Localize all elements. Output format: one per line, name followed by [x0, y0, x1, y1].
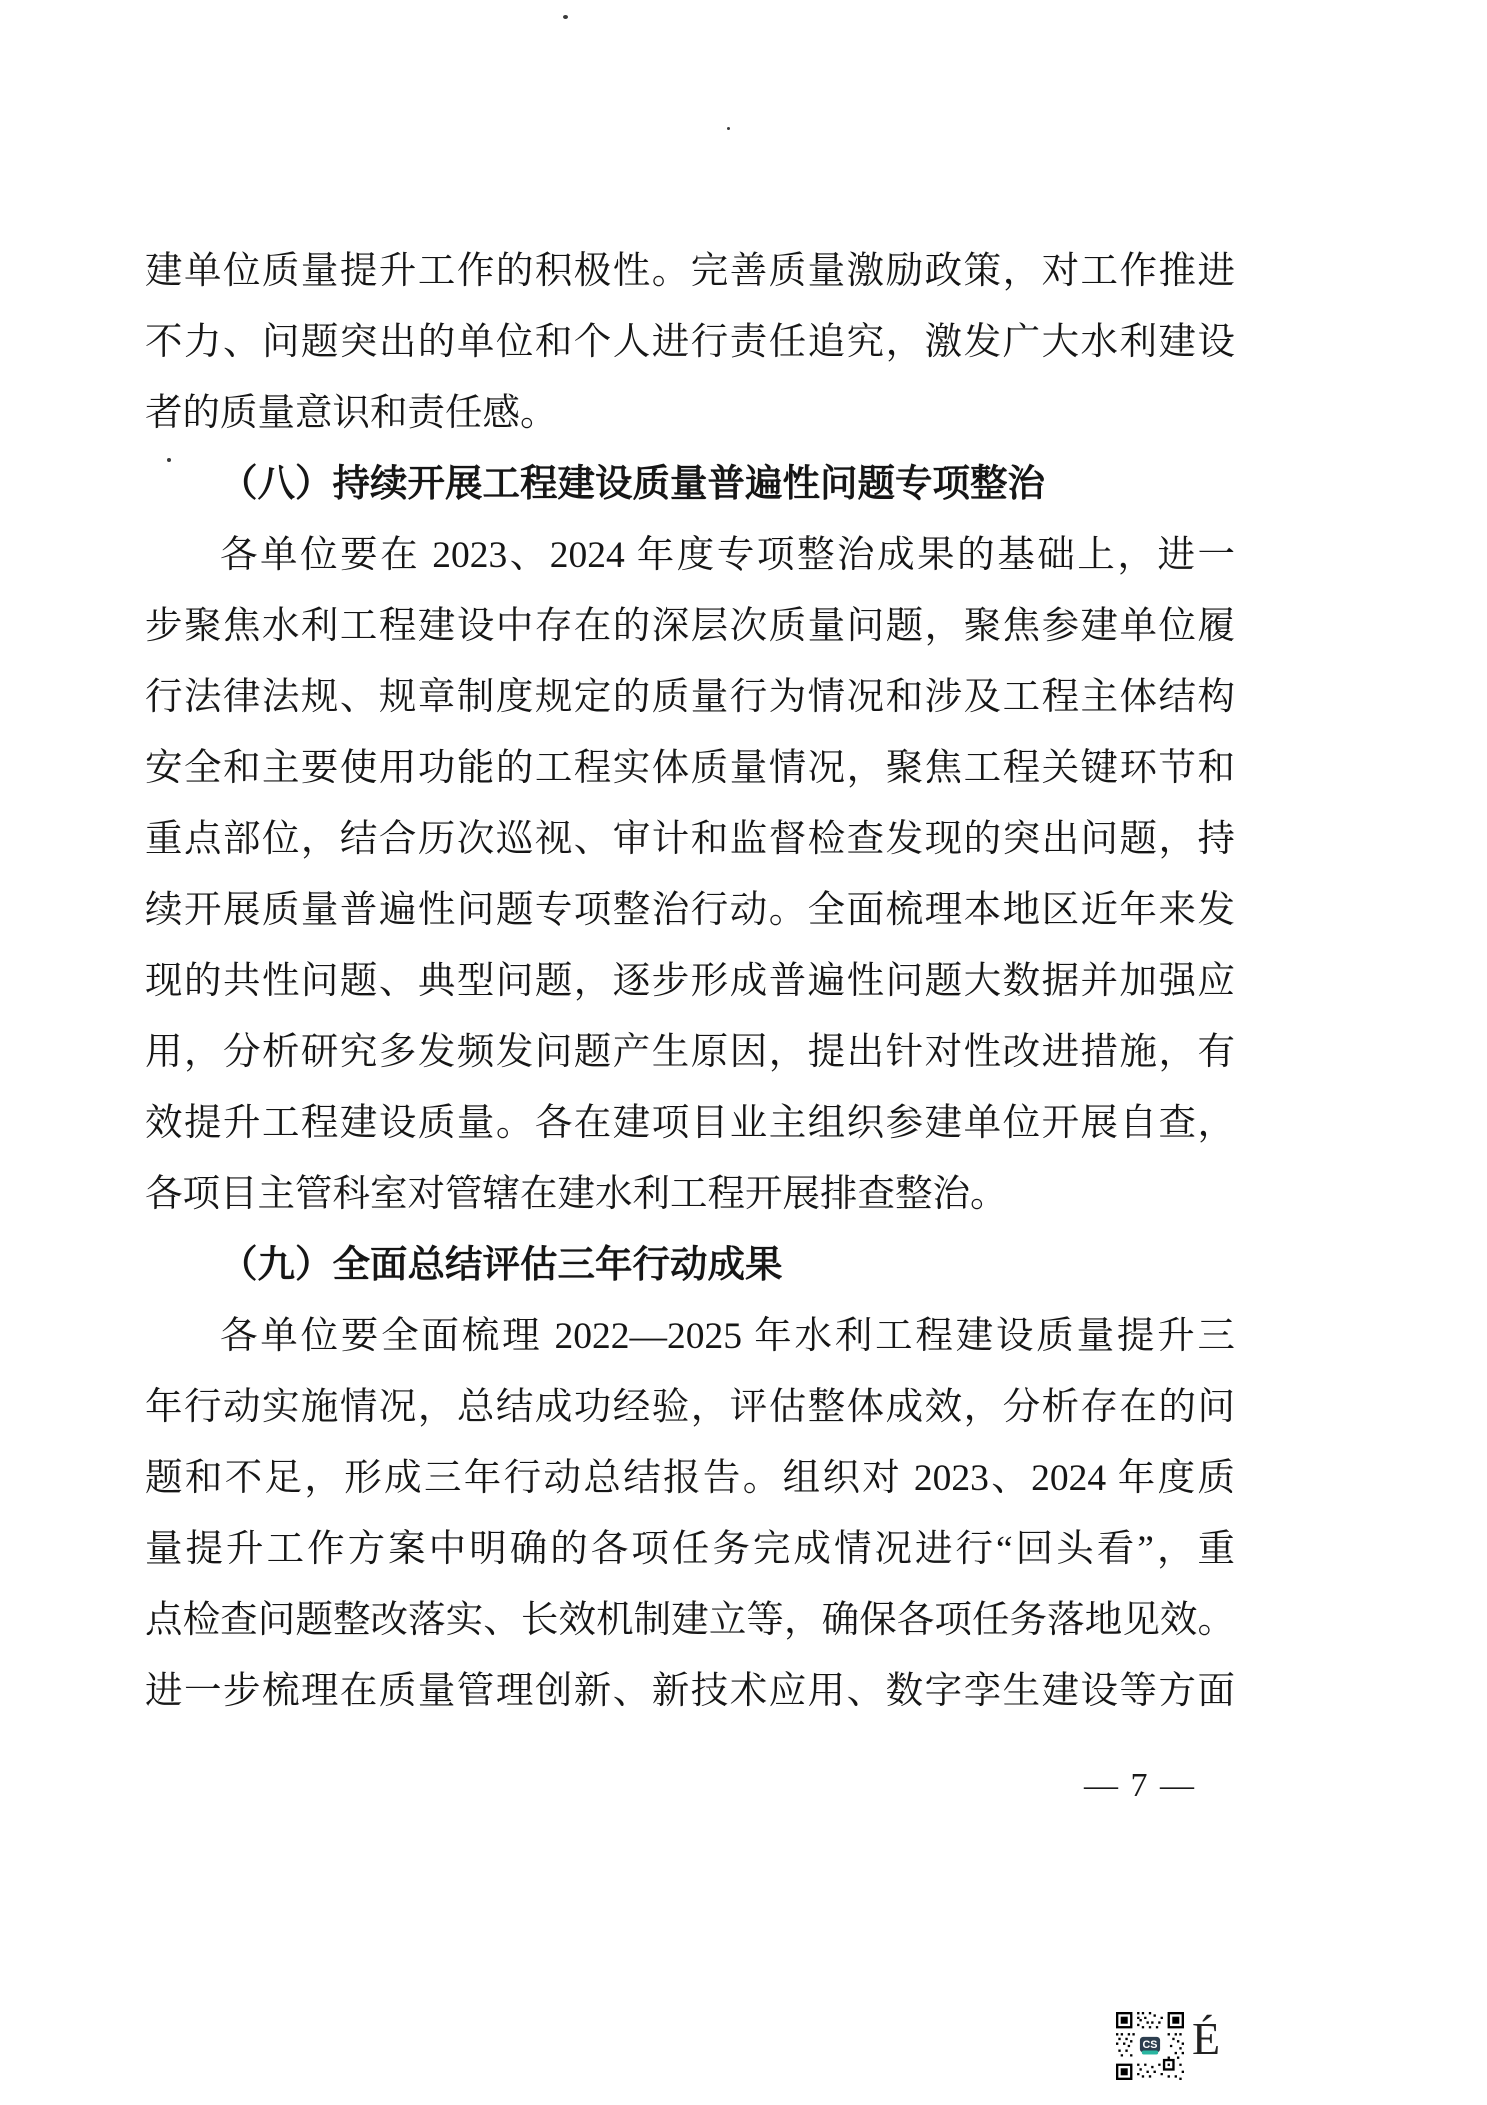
- text-line: 各项目主管科室对管辖在建水利工程开展排查整治。: [145, 1159, 1235, 1230]
- text-line: 者的质量意识和责任感。: [145, 378, 1235, 449]
- stray-accent-char: É: [1192, 2014, 1220, 2064]
- text-line: 进一步梳理在质量管理创新、新技术应用、数字孪生建设等方面: [145, 1656, 1235, 1727]
- text-line: 续开展质量普遍性问题专项整治行动。全面梳理本地区近年来发: [145, 875, 1235, 946]
- page-number: — 7 —: [1040, 1764, 1240, 1808]
- body-text-block: 建单位质量提升工作的积极性。完善质量激励政策，对工作推进 不力、问题突出的单位和…: [145, 236, 1235, 1727]
- text-line: 重点部位，结合历次巡视、审计和监督检查发现的突出问题，持: [145, 804, 1235, 875]
- text-line: 年行动实施情况，总结成功经验，评估整体成效，分析存在的问: [145, 1372, 1235, 1443]
- text-line: 步聚焦水利工程建设中存在的深层次质量问题，聚焦参建单位履: [145, 591, 1235, 662]
- text-line: 不力、问题突出的单位和个人进行责任追究，激发广大水利建设: [145, 307, 1235, 378]
- text-line: 效提升工程建设质量。各在建项目业主组织参建单位开展自查，: [145, 1088, 1235, 1159]
- ink-speck: [563, 15, 568, 19]
- text-line: 建单位质量提升工作的积极性。完善质量激励政策，对工作推进: [145, 236, 1235, 307]
- text-line: 量提升工作方案中明确的各项任务完成情况进行“回头看”，重: [145, 1514, 1235, 1585]
- text-line: 现的共性问题、典型问题，逐步形成普遍性问题大数据并加强应: [145, 946, 1235, 1017]
- section-heading-9: （九）全面总结评估三年行动成果: [145, 1230, 1235, 1301]
- ink-speck: [727, 127, 730, 130]
- text-line: 行法律法规、规章制度规定的质量行为情况和涉及工程主体结构: [145, 662, 1235, 733]
- text-line: 用，分析研究多发频发问题产生原因，提出针对性改进措施，有: [145, 1017, 1235, 1088]
- text-line: 各单位要在 2023、2024 年度专项整治成果的基础上，进一: [145, 520, 1235, 591]
- text-line: 点检查问题整改落实、长效机制建立等，确保各项任务落地见效。: [145, 1585, 1235, 1656]
- qr-badge-label: CS: [1143, 2039, 1158, 2051]
- text-line: 各单位要全面梳理 2022—2025 年水利工程建设质量提升三: [145, 1301, 1235, 1372]
- text-line: 题和不足，形成三年行动总结报告。组织对 2023、2024 年度质: [145, 1443, 1235, 1514]
- document-page: 建单位质量提升工作的积极性。完善质量激励政策，对工作推进 不力、问题突出的单位和…: [0, 0, 1487, 2105]
- qr-code-icon: CS: [1116, 2012, 1184, 2080]
- text-line: 安全和主要使用功能的工程实体质量情况，聚焦工程关键环节和: [145, 733, 1235, 804]
- section-heading-8: （八）持续开展工程建设质量普遍性问题专项整治: [145, 449, 1235, 520]
